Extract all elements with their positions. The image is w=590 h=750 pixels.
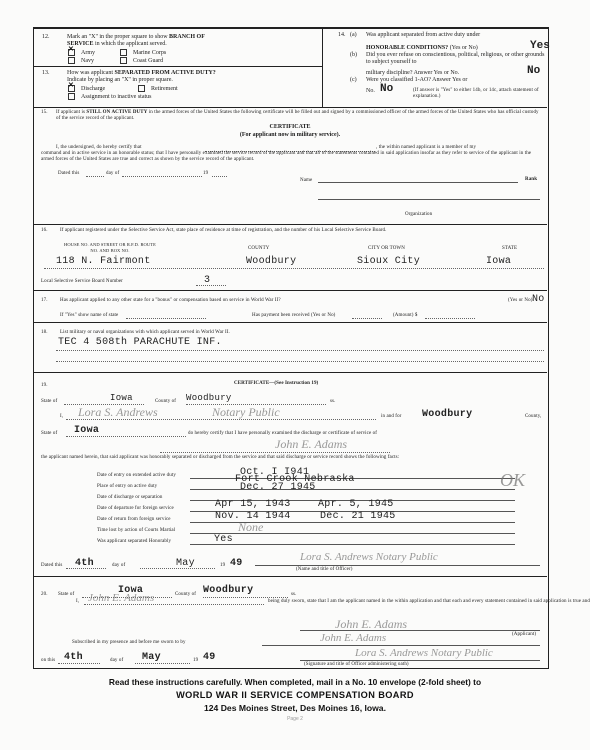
header-city: CITY OR TOWN [368,246,405,252]
fact-value-departure-2[interactable]: Apr. 5, 1945 [318,499,394,510]
section15-organization-field[interactable] [318,199,540,200]
fact-value-departure-1[interactable]: Apr 15, 1943 [215,499,291,510]
underline [140,568,215,569]
on-this-label: on this [41,658,55,664]
section19-number: 19. [41,383,48,389]
residence-underline [44,268,544,269]
state-of-label: State of [41,399,57,405]
oath-year-field[interactable]: 49 [203,652,216,663]
section14b-answer[interactable]: No [527,65,540,77]
facts-intro-text: the applicant named herein, that said ap… [41,455,543,461]
oath-ss-label: ss. [291,592,296,598]
i-label: I, [60,414,63,420]
section15-month-field[interactable] [122,176,202,177]
oath-sworn-text: being duly sworn, state that I am the ap… [268,599,590,605]
officer-signature-line [255,565,540,566]
other-state-field[interactable] [126,318,206,319]
section15-body-text: command and in active service in an hono… [41,151,543,163]
board-number-label: Local Selective Service Board Number [41,279,123,285]
officer-signature[interactable]: Lora S. Andrews [78,405,158,420]
board-number-field[interactable]: 3 [204,275,210,286]
header-county: COUNTY [248,246,269,252]
section16-number: 16. [41,228,48,234]
oath-officer-signature[interactable]: Lora S. Andrews Notary Public [355,647,493,659]
amount-label: (Amount) $ [393,313,417,319]
oath-officer-line [300,660,540,661]
in-and-for-label: in and for [381,414,401,420]
section16-instruction: If applicant registered under the Select… [60,228,542,234]
checkbox-marine-corps[interactable]: Marine Corps [120,49,166,57]
checkbox-retirement[interactable]: Retirement [138,85,178,93]
underline [135,663,190,664]
divider [34,372,547,373]
cert-state-field[interactable]: Iowa [110,393,133,403]
board-number-underline [196,285,226,286]
county-of-label: County of [155,399,176,405]
section12-instruction: Mark an "X" in the proper square to show… [67,34,317,48]
applicant-signature-line [300,630,540,631]
section15-year-field[interactable] [212,176,227,177]
other-state-label: If "Yes" show name of state [60,313,118,319]
oath-day-of-label: day of [110,658,123,664]
cert-officer-signature[interactable]: Lora S. Andrews Notary Public [300,551,438,563]
section18-question: List military or naval organizations wit… [60,330,230,336]
section14c-note: (If answer is "Yes" to either 14b, or 14… [413,88,543,100]
amount-field[interactable] [425,318,475,319]
section14a-label: (a) [350,32,357,39]
checkbox-discharge[interactable]: Discharge [68,85,105,93]
section15-day-of-label: day of [106,171,119,177]
section14b-question: military discipline? Answer Yes or No. [366,70,459,77]
header-street: HOUSE NO. AND STREET OR R.F.D. ROUTE NO.… [60,242,160,254]
footer-board-name: WORLD WAR II SERVICE COMPENSATION BOARD [0,690,590,700]
document-page: 12. Mark an "X" in the proper square to … [0,0,590,750]
subscribed-line [262,645,540,646]
divider [34,576,547,577]
underline [58,663,100,664]
section15-organization-label: Organization [405,212,432,218]
oath-county-label: County of [175,592,196,598]
section15-year-prefix: 19 [203,171,208,177]
section14c-answer[interactable]: No [380,83,393,95]
checkbox-inactive-status[interactable]: Assignment to inactive status [68,93,152,101]
section14-number: 14. [338,32,346,39]
fact-label-entry-place: Place of entry on active duty [97,484,157,490]
fact-label-honorable: Was applicant separated Honorably [97,539,171,545]
organizations-line-2 [56,361,544,362]
cert-dated-label: Dated this [41,563,62,569]
subscribed-text: Subscribed in my presence and before me … [72,640,186,646]
applicant-signature-cert[interactable]: John E. Adams [275,437,347,452]
section14b-text: Did you ever refuse on conscientious, po… [366,52,546,66]
residence-state-field[interactable]: Iowa [486,256,511,267]
subscribed-signature[interactable]: John E. Adams [320,632,386,644]
fact-line [190,489,515,490]
organizations-line-1 [56,350,544,351]
section15-certificate-title: CERTIFICATE [33,124,547,131]
fact-value-return-2[interactable]: Dec. 21 1945 [320,511,396,522]
payment-received-field[interactable] [352,318,382,319]
section15-dated-label: Dated this [58,171,79,177]
underline [66,419,376,420]
officer-title-signature[interactable]: Notary Public [212,405,280,420]
section17-number: 17. [41,298,48,304]
header-state: STATE [502,246,517,252]
county-label: County, [525,414,541,420]
section14a-answer[interactable]: Yes [530,40,550,52]
residence-city-field[interactable]: Sioux City [357,256,420,267]
organizations-field[interactable]: TEC 4 508th PARACHUTE INF. [58,337,222,348]
underline [66,436,186,437]
fact-line [190,533,515,534]
cert-year-field[interactable]: 49 [230,558,243,569]
section15-rank-label: Rank [525,177,537,183]
section15-instruction: If applicant is STILL ON ACTIVE DUTY in … [56,110,542,122]
divider [34,107,547,108]
for-county-field[interactable]: Woodbury [422,409,472,420]
oath-officer-caption: (Signature and title of Officer administ… [304,662,409,668]
underline [66,568,106,569]
checkbox-coast-guard[interactable]: Coast Guard [120,57,163,65]
underline [160,452,390,453]
page-number: Page 2 [0,716,590,722]
oath-state-label: State of [58,592,74,598]
payment-received-label: Has payment been received (Yes or No) [252,313,335,319]
fact-label-discharge-date: Date of discharge or separation [97,495,162,501]
section12-number: 12. [42,34,50,41]
section18-number: 18. [41,330,48,336]
section20-number: 20. [41,592,48,598]
oath-day-field[interactable]: 4th [64,652,83,663]
section14c-label: (c) [350,77,357,84]
divider [34,290,547,291]
section-divider [322,28,323,108]
section14b-label: (b) [350,52,357,59]
section17-question: Has applicant applied to any other state… [60,298,281,304]
checkbox-army[interactable]: Army [68,49,95,57]
oath-county-field[interactable]: Woodbury [203,585,253,596]
oath-i-label: I, [76,599,79,605]
fact-value-discharge-date[interactable]: Dec. 27 1945 [240,482,316,493]
ok-approval-mark: OK [500,470,525,491]
section15-name-label: Name [300,178,312,184]
ss-label: ss. [330,399,335,405]
oath-year-prefix: 19 [193,658,198,664]
divider [34,66,322,67]
residence-county-field[interactable]: Woodbury [246,256,296,267]
cert-state-field-2[interactable]: Iowa [74,425,99,436]
cert-day-of-label: day of [112,563,125,569]
underline [203,597,288,598]
oath-applicant-name[interactable]: John E. Adams [88,592,154,604]
fact-label-departure: Date of departure for foreign service [97,506,174,512]
section17-answer[interactable]: No [532,294,545,305]
section14a-text: Was applicant separated from active duty… [366,32,480,39]
section15-certificate-subtitle: (For applicant now in military service). [33,132,547,139]
section17-hint: (Yes or No) [508,298,532,304]
fact-label-entry-date: Date of entry on extended active duty [97,473,176,479]
footer-instructions: Read these instructions carefully. When … [0,677,590,687]
section14a-question: HONORABLE CONDITIONS? (Yes or No) [366,45,478,52]
checkbox-navy[interactable]: Navy [68,57,94,65]
residence-street-field[interactable]: 118 N. Fairmont [56,256,151,267]
divider [34,224,547,225]
footer-address: 124 Des Moines Street, Des Moines 16, Io… [0,703,590,713]
underline [84,604,264,605]
officer-caption: (Name and title of Officer) [296,567,352,573]
section13-instruction: How was applicant SEPARATED FROM ACTIVE … [67,70,317,84]
divider [34,322,547,323]
fact-label-return: Date of return from foreign service [97,517,171,523]
fact-line [190,544,515,545]
section19-title: CERTIFICATE—(See Instruction 19) [234,381,318,387]
fact-label-courts-martial: Time lost by action of Courts Martial [97,528,175,534]
section15-day-field[interactable] [86,176,104,177]
state-of-label-2: State of [41,431,57,437]
section15-name-field[interactable] [318,182,518,183]
oath-month-field[interactable]: May [142,652,161,663]
section13-number: 13. [42,70,50,77]
cert-year-prefix: 19 [220,563,225,569]
cert-county-field[interactable]: Woodbury [186,393,232,403]
applicant-caption: (Applicant) [512,632,536,638]
section15-number: 15. [41,110,48,116]
section14c-no-label: No. [366,88,375,95]
